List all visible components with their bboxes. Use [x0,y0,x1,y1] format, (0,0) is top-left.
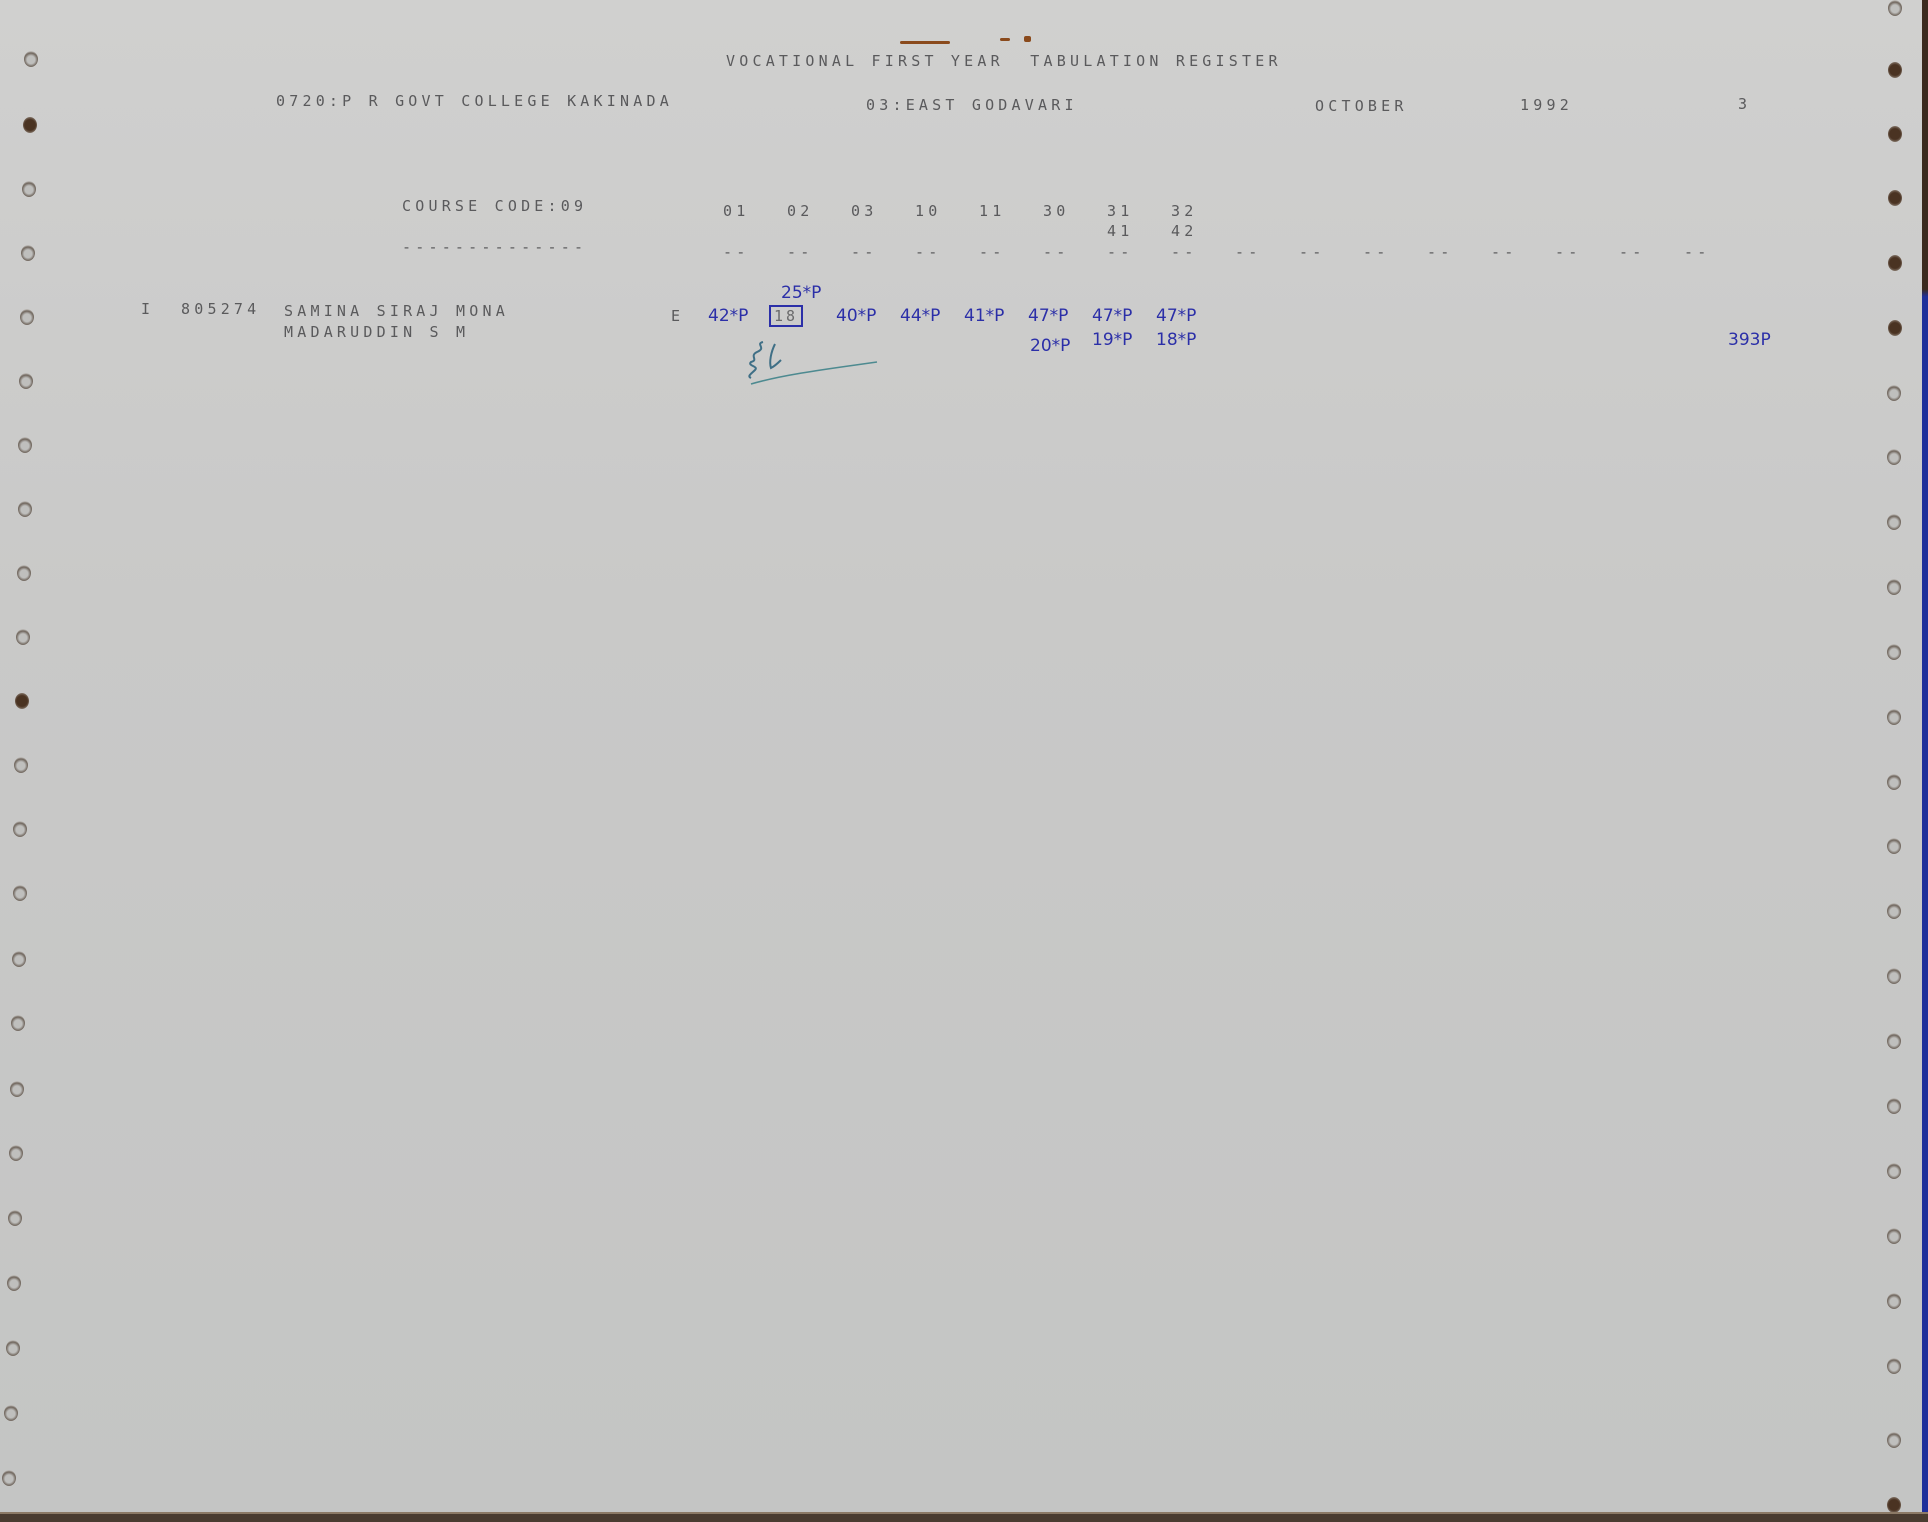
column-separator: -- [979,243,1005,261]
feed-hole [1887,1432,1901,1448]
background-edge-right [1922,0,1928,1522]
score-02-correction: 25*P [781,283,821,303]
column-header-03: 03 [851,202,877,220]
feed-hole [8,1210,22,1226]
feed-hole [1887,449,1901,465]
register-sheet: VOCATIONAL FIRST YEAR TABULATION REGISTE… [0,0,1922,1512]
feed-hole [1887,774,1901,790]
score-32: 47*P [1156,306,1196,326]
feed-hole [1887,1358,1901,1374]
score-30-line2: 20*P [1030,336,1070,356]
feed-hole [2,1470,16,1486]
signature-initials-icon [745,338,885,390]
feed-hole [20,309,34,325]
column-separator: -- [1171,243,1197,261]
feed-hole [18,501,32,517]
register-title: VOCATIONAL FIRST YEAR TABULATION REGISTE… [726,52,1282,70]
column-separator: -- [787,243,813,261]
feed-hole [1888,190,1902,206]
feed-hole [22,181,36,197]
background-edge-bottom [0,1512,1928,1522]
feed-hole [1888,126,1902,142]
feed-hole [16,629,30,645]
column-separator: -- [1299,243,1325,261]
feed-hole [17,565,31,581]
column-separator: -- [1427,243,1453,261]
feed-hole [1887,1497,1901,1513]
feed-hole [12,951,26,967]
feed-hole [23,117,37,133]
feed-hole [1887,644,1901,660]
feed-hole [1887,709,1901,725]
course-code-underline: -------------- [402,238,587,256]
column-header-30: 30 [1043,202,1069,220]
feed-hole [1887,385,1901,401]
feed-hole [13,821,27,837]
feed-hole [14,757,28,773]
rust-stain [900,41,950,44]
column-separator: -- [915,243,941,261]
total-marks: 393P [1728,330,1771,350]
feed-hole [1887,1293,1901,1309]
score-03: 40*P [836,306,876,326]
score-41: 19*P [1092,330,1132,350]
column-separator: -- [1043,243,1069,261]
rust-stain [1024,36,1031,42]
column-separator: -- [1684,243,1710,261]
exam-year: 1992 [1520,96,1573,114]
feed-hole [1887,838,1901,854]
feed-hole [10,1081,24,1097]
feed-hole [9,1145,23,1161]
feed-hole [1888,0,1902,16]
feed-hole [4,1405,18,1421]
score-42: 18*P [1156,330,1196,350]
feed-hole [1887,579,1901,595]
feed-hole [24,51,38,67]
feed-hole [6,1340,20,1356]
medium: E [671,307,684,325]
feed-hole [1887,1098,1901,1114]
feed-hole [21,245,35,261]
column-header-11: 11 [979,202,1005,220]
feed-hole [1887,1033,1901,1049]
feed-hole [11,1015,25,1031]
score-01: 42*P [708,306,748,326]
column-subheader-42: 42 [1171,222,1197,240]
district: 03:EAST GODAVARI [866,96,1078,114]
score-31: 47*P [1092,306,1132,326]
feed-hole [1887,1228,1901,1244]
feed-hole [1887,968,1901,984]
feed-hole [1887,903,1901,919]
column-separator: -- [1555,243,1581,261]
college-code-name: 0720:P R GOVT COLLEGE KAKINADA [276,92,673,110]
score-30: 47*P [1028,306,1068,326]
column-separator: -- [1235,243,1261,261]
feed-hole [1888,320,1902,336]
column-header-10: 10 [915,202,941,220]
record-marker: I [141,300,154,318]
feed-hole [18,437,32,453]
column-header-31: 31 [1107,202,1133,220]
feed-hole [13,885,27,901]
feed-hole [19,373,33,389]
score-02-original: 18 [769,305,803,327]
feed-hole [1888,255,1902,271]
page-number: 3 [1738,95,1751,113]
feed-hole [7,1275,21,1291]
score-02-boxed: 18 [769,306,803,325]
feed-hole [1888,62,1902,78]
column-separator: -- [723,243,749,261]
rust-stain [1000,38,1010,41]
column-separator: -- [1107,243,1133,261]
column-separator: -- [1619,243,1645,261]
feed-hole [1887,1163,1901,1179]
roll-number: 805274 [181,300,260,318]
column-header-32: 32 [1171,202,1197,220]
score-11: 41*P [964,306,1004,326]
column-header-01: 01 [723,202,749,220]
column-header-02: 02 [787,202,813,220]
column-subheader-41: 41 [1107,222,1133,240]
parent-name: MADARUDDIN S M [284,323,469,341]
course-code-label: COURSE CODE:09 [402,197,587,215]
exam-month: OCTOBER [1315,97,1408,115]
student-name: SAMINA SIRAJ MONA [284,302,509,320]
score-10: 44*P [900,306,940,326]
feed-hole [1887,514,1901,530]
feed-hole [15,693,29,709]
column-separator: -- [1491,243,1517,261]
column-separator: -- [851,243,877,261]
column-separator: -- [1363,243,1389,261]
